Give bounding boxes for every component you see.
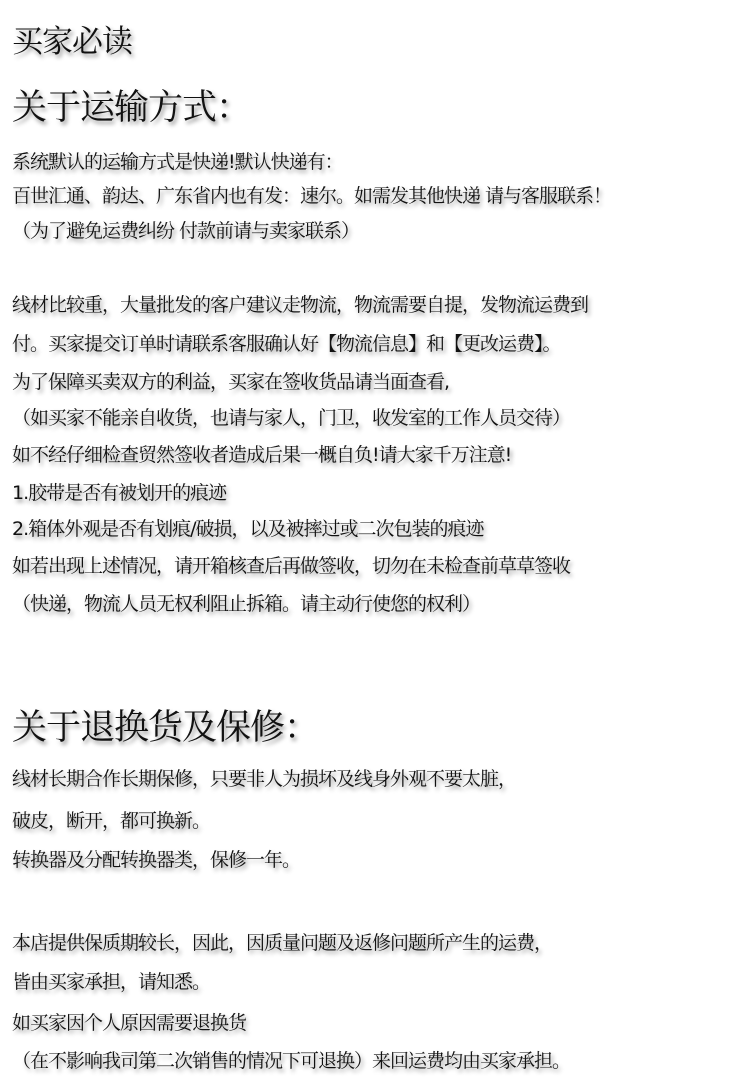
notice-line: 线材比较重，大量批发的客户建议走物流，物流需要自提，发物流运费到	[12, 290, 588, 317]
notice-line: （如买家不能亲自收货，也请与家人，门卫，收发室的工作人员交待）	[12, 403, 570, 430]
shipping-line: 系统默认的运输方式是快递!默认快递有：	[12, 147, 343, 174]
notice-line: 付。买家提交订单时请联系客服确认好【物流信息】和【更改运费】。	[12, 329, 561, 356]
warranty-line: 破皮，断开，都可换新。	[12, 806, 210, 833]
notice-line: 2.箱体外观是否有划痕/破损，以及被摔过或二次包装的痕迹	[12, 514, 484, 541]
policy-line: 如买家因个人原因需要退换货	[12, 1008, 246, 1035]
page-title: 买家必读	[12, 16, 132, 61]
notice-line: 如不经仔细检查贸然签收者造成后果一概自负!请大家千万注意!	[12, 440, 511, 467]
warranty-line: 转换器及分配转换器类，保修一年。	[12, 845, 300, 872]
notice-line: 1.胶带是否有被划开的痕迹	[12, 478, 226, 505]
policy-line: 皆由买家承担，请知悉。	[12, 967, 210, 994]
shipping-heading: 关于运输方式：	[12, 80, 250, 130]
shipping-line: 百世汇通、韵达、广东省内也有发：速尔。如需发其他快递 请与客服联系！	[12, 181, 611, 208]
returns-heading: 关于退换货及保修：	[12, 700, 318, 750]
warranty-line: 线材长期合作长期保修，只要非人为损坏及线身外观不要太脏，	[12, 764, 516, 791]
policy-line: （在不影响我司第二次销售的情况下可退换）来回运费均由买家承担。	[12, 1046, 570, 1073]
notice-line: 为了保障买卖双方的利益，买家在签收货品请当面查看,	[12, 367, 449, 394]
notice-line: 如若出现上述情况，请开箱核查后再做签收，切勿在未检查前草草签收	[12, 551, 570, 578]
notice-line: （快递，物流人员无权利阻止拆箱。请主动行使您的权利）	[12, 589, 480, 616]
policy-line: 本店提供保质期较长，因此，因质量问题及返修问题所产生的运费，	[12, 928, 552, 955]
shipping-line: （为了避免运费纠纷 付款前请与卖家联系）	[12, 216, 359, 243]
